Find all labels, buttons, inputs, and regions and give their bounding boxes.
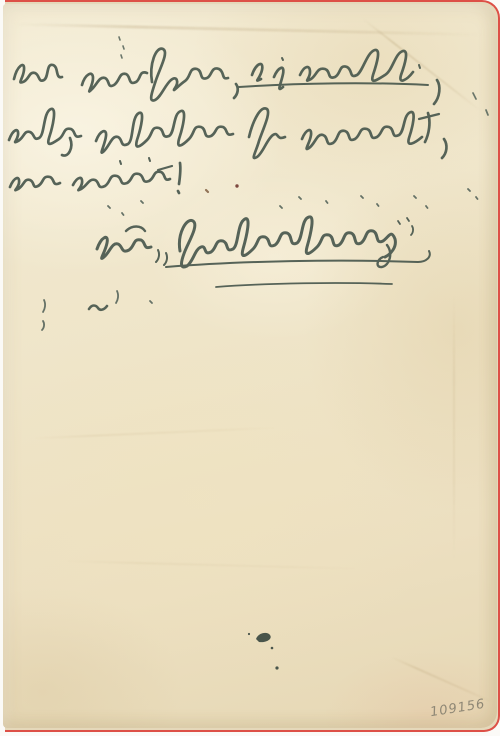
ink-blot — [248, 633, 279, 670]
underline-line-1 — [239, 83, 428, 87]
ink-fleck-marks — [42, 189, 478, 330]
handwriting-line-2 — [9, 108, 446, 158]
handwriting-line-3 — [10, 158, 239, 193]
handwriting-ink-layer — [3, 4, 497, 728]
manuscript-paper: 109156 — [3, 4, 497, 728]
handwriting-line-4 — [97, 217, 430, 287]
underline-line-4-lower — [216, 283, 392, 287]
handwriting-line-1 — [14, 37, 488, 115]
scanned-page: 109156 — [0, 0, 500, 736]
